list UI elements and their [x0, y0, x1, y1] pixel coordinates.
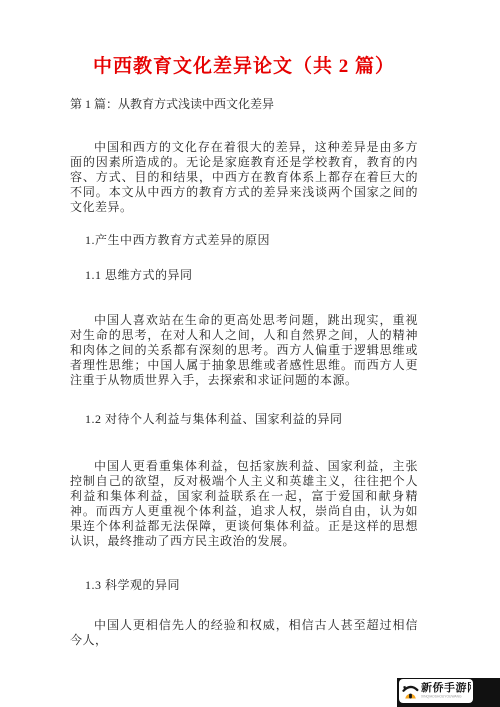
heading-section-1-1: 1.1 思维方式的异同: [70, 268, 418, 283]
paragraph-interests: 中国人更看重集体利益，包括家族利益、国家利益，主张控制自己的欲望，反对极端个人主…: [70, 459, 418, 549]
document-page: 中西教育文化差异论文（共 2 篇） 第 1 篇：从教育方式浅读中西文化差异 中国…: [0, 0, 500, 707]
paragraph-thinking-modes: 中国人喜欢站在生命的更高处思考问题，跳出现实，重视对生命的思考，在对人和人之间，…: [70, 313, 418, 388]
heading-section-1-2: 1.2 对待个人利益与集体利益、国家利益的异同: [70, 412, 418, 427]
document-title: 中西教育文化差异论文（共 2 篇）: [52, 55, 436, 79]
essay-1-subtitle: 第 1 篇：从教育方式浅读中西文化差异: [70, 97, 418, 112]
heading-section-1-3: 1.3 科学观的异同: [70, 578, 418, 593]
document-body: 中西教育文化差异论文（共 2 篇） 第 1 篇：从教育方式浅读中西文化差异 中国…: [70, 0, 418, 648]
paragraph-intro: 中国和西方的文化存在着很大的差异，这种差异是由多方面的因素所造成的。无论是家庭教…: [70, 140, 418, 215]
heading-section-1: 1.产生中西方教育方式差异的原因: [70, 233, 418, 248]
watermark-site-name: 新侨手游网: [421, 682, 471, 694]
watermark-pinyin: XINQIAOSHOUYOUWANG: [421, 695, 449, 698]
watermark-bar: 新侨手游网 XINQIAOSHOUYOUWANG: [397, 678, 500, 707]
house-icon: [402, 683, 419, 700]
watermark-logo: 新侨手游网 XINQIAOSHOUYOUWANG: [399, 679, 473, 703]
paragraph-science-view: 中国人更相信先人的经验和权威，相信古人甚至超过相信今人，: [70, 618, 418, 648]
watermark-text-column: 新侨手游网 XINQIAOSHOUYOUWANG: [421, 682, 471, 700]
